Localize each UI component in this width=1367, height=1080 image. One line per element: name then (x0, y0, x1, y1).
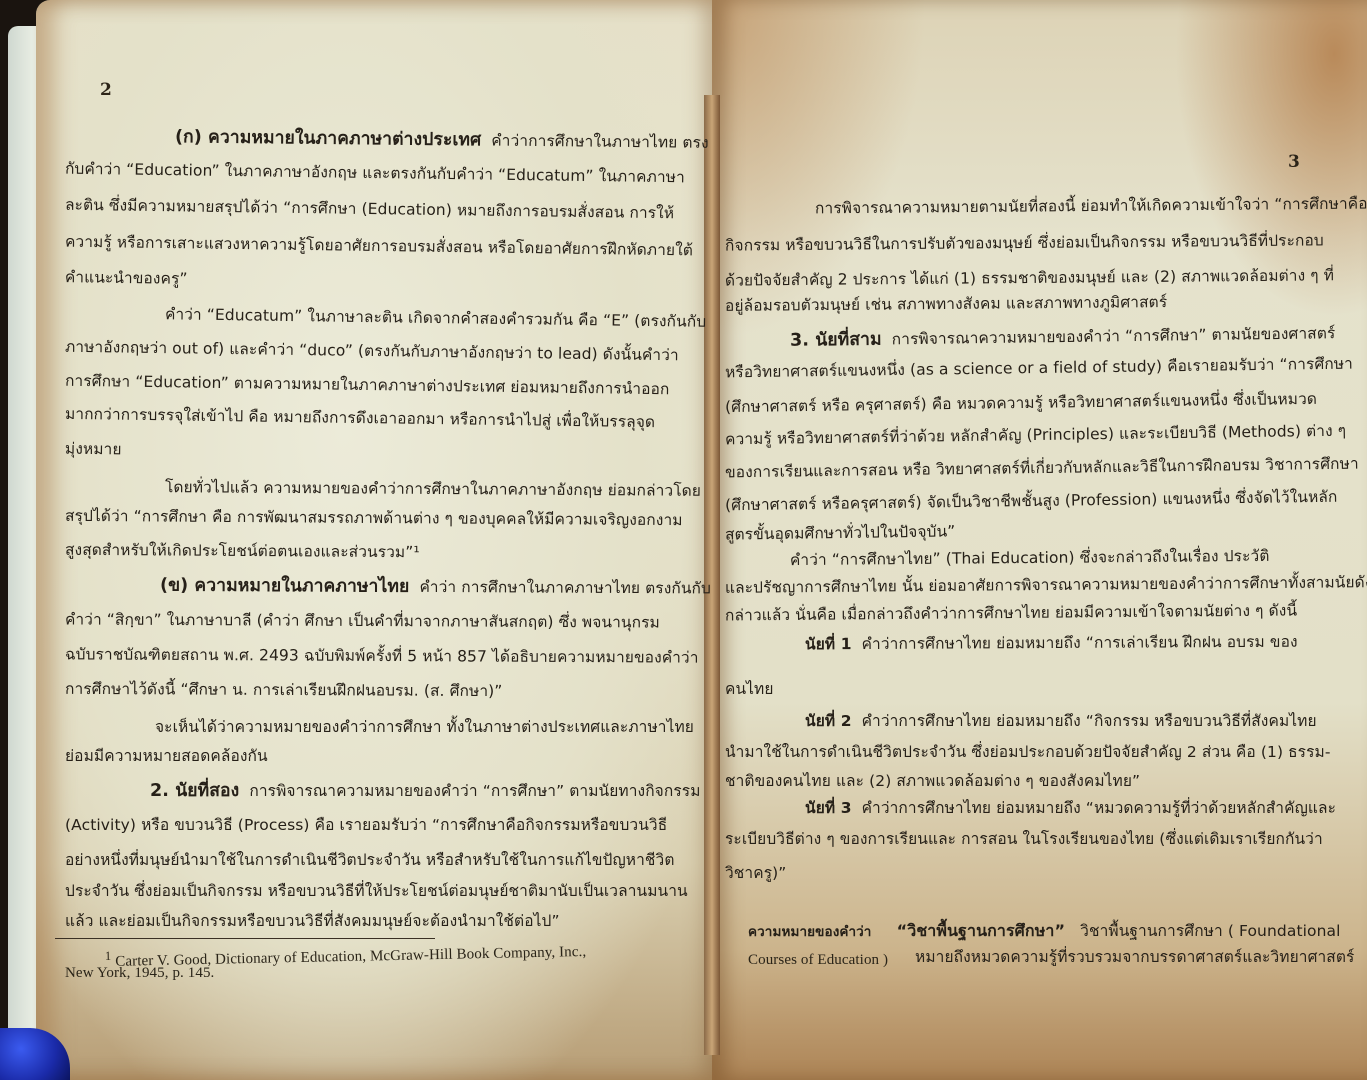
text-line: คำว่า “สิกฺขา” ในภาษาบาลี (คำว่า ศึกษา เ… (65, 606, 660, 634)
footnote-rule (55, 938, 435, 939)
text-line: การพิจารณาความหมายตามนัยที่สองนี้ ย่อมทำ… (815, 191, 1367, 221)
text-line: คำว่า “การศึกษาไทย” (Thai Education) ซึ่… (790, 543, 1270, 572)
text-line: ฉบับราชบัณฑิตยสถาน พ.ศ. 2493 ฉบับพิมพ์คร… (65, 641, 699, 669)
text-line: ด้วยปัจจัยสำคัญ 2 ประการ ได้แก่ (1) ธรรม… (725, 262, 1334, 292)
heading-n1: นัยที่ 1 คำว่าการศึกษาไทย ย่อมหมายถึง “ก… (805, 629, 1298, 657)
text-line: อย่างหนึ่งที่มนุษย์นำมาใช้ในการดำเนินชีว… (65, 847, 675, 872)
heading-n3: นัยที่ 3 คำว่าการศึกษาไทย ย่อมหมายถึง “ห… (805, 795, 1336, 820)
text-line: (Activity) หรือ ขบวนวิธี (Process) คือ เ… (65, 812, 667, 837)
heading-foundational: ความหมายของคำว่า “วิชาพื้นฐานการศึกษา” ว… (748, 918, 1341, 944)
text-line: การศึกษาไว้ดังนี้ “ศึกษา น. การเล่าเรียน… (65, 676, 503, 703)
page-number-right: 3 (1288, 152, 1300, 172)
text-line: สูตรขั้นอุดมศึกษาทั่วไปในปัจจุบัน” (725, 518, 956, 546)
page-number-left: 2 (100, 80, 112, 100)
heading-a: (ก) ความหมายในภาคภาษาต่างประเทศ คำว่าการ… (175, 122, 709, 156)
footnote-line: New York, 1945, p. 145. (65, 965, 214, 982)
text-line: โดยทั่วไปแล้ว ความหมายของคำว่าการศึกษาใน… (165, 474, 701, 503)
text-line: จะเห็นได้ว่าความหมายของคำว่าการศึกษา ทั้… (155, 714, 694, 739)
heading-second: 2. นัยที่สอง การพิจารณาความหมายของคำว่า … (150, 776, 701, 804)
text-line: กล่าวแล้ว นั่นคือ เมื่อกล่าวถึงคำว่าการศ… (725, 598, 1297, 628)
text-line: ชาติของคนไทย และ (2) สภาพแวดล้อมต่าง ๆ ข… (725, 768, 1140, 793)
book-photo: 2 (ก) ความหมายในภาคภาษาต่างประเทศ คำว่าก… (0, 0, 1367, 1080)
text-line: แล้ว และย่อมเป็นกิจกรรมหรือขบวนวิธีที่สั… (65, 908, 560, 933)
text-line: วิชาครู)” (725, 860, 786, 885)
text-line: ประจำวัน ซึ่งย่อมเป็นกิจกรรม หรือขบวนวิธ… (65, 878, 688, 903)
text-line: อยู่ล้อมรอบตัวมนุษย์ เช่น สภาพทางสังคม แ… (725, 289, 1167, 318)
text-line: หมายถึงหมวดความรู้ที่รวบรวมจากบรรดาศาสตร… (915, 944, 1354, 969)
text-line: นำมาใช้ในการดำเนินชีวิตประจำวัน ซึ่งย่อม… (725, 739, 1331, 764)
text-line: Courses of Education ) (748, 952, 888, 969)
text-line: มุ่งหมาย (65, 436, 122, 462)
heading-n2: นัยที่ 2 คำว่าการศึกษาไทย ย่อมหมายถึง “ก… (805, 708, 1317, 733)
text-line: สรุปได้ว่า “การศึกษา คือ การพัฒนาสมรรถภา… (65, 503, 683, 532)
text-line: คนไทย (725, 676, 774, 701)
text-line: ระเบียบวิธีต่าง ๆ ของการเรียนและ การสอน … (725, 826, 1323, 851)
text-line: กิจกรรม หรือขบวนวิธีในการปรับตัวของมนุษย… (725, 227, 1324, 257)
text-line: คำแนะนำของครู” (65, 264, 188, 291)
text-line: ย่อมมีความหมายสอดคล้องกัน (65, 743, 268, 768)
text-line: สูงสุดสำหรับให้เกิดประโยชน์ต่อตนเองและส่… (65, 537, 420, 564)
heading-b: (ข) ความหมายในภาคภาษาไทย คำว่า การศึกษาใ… (160, 571, 711, 602)
